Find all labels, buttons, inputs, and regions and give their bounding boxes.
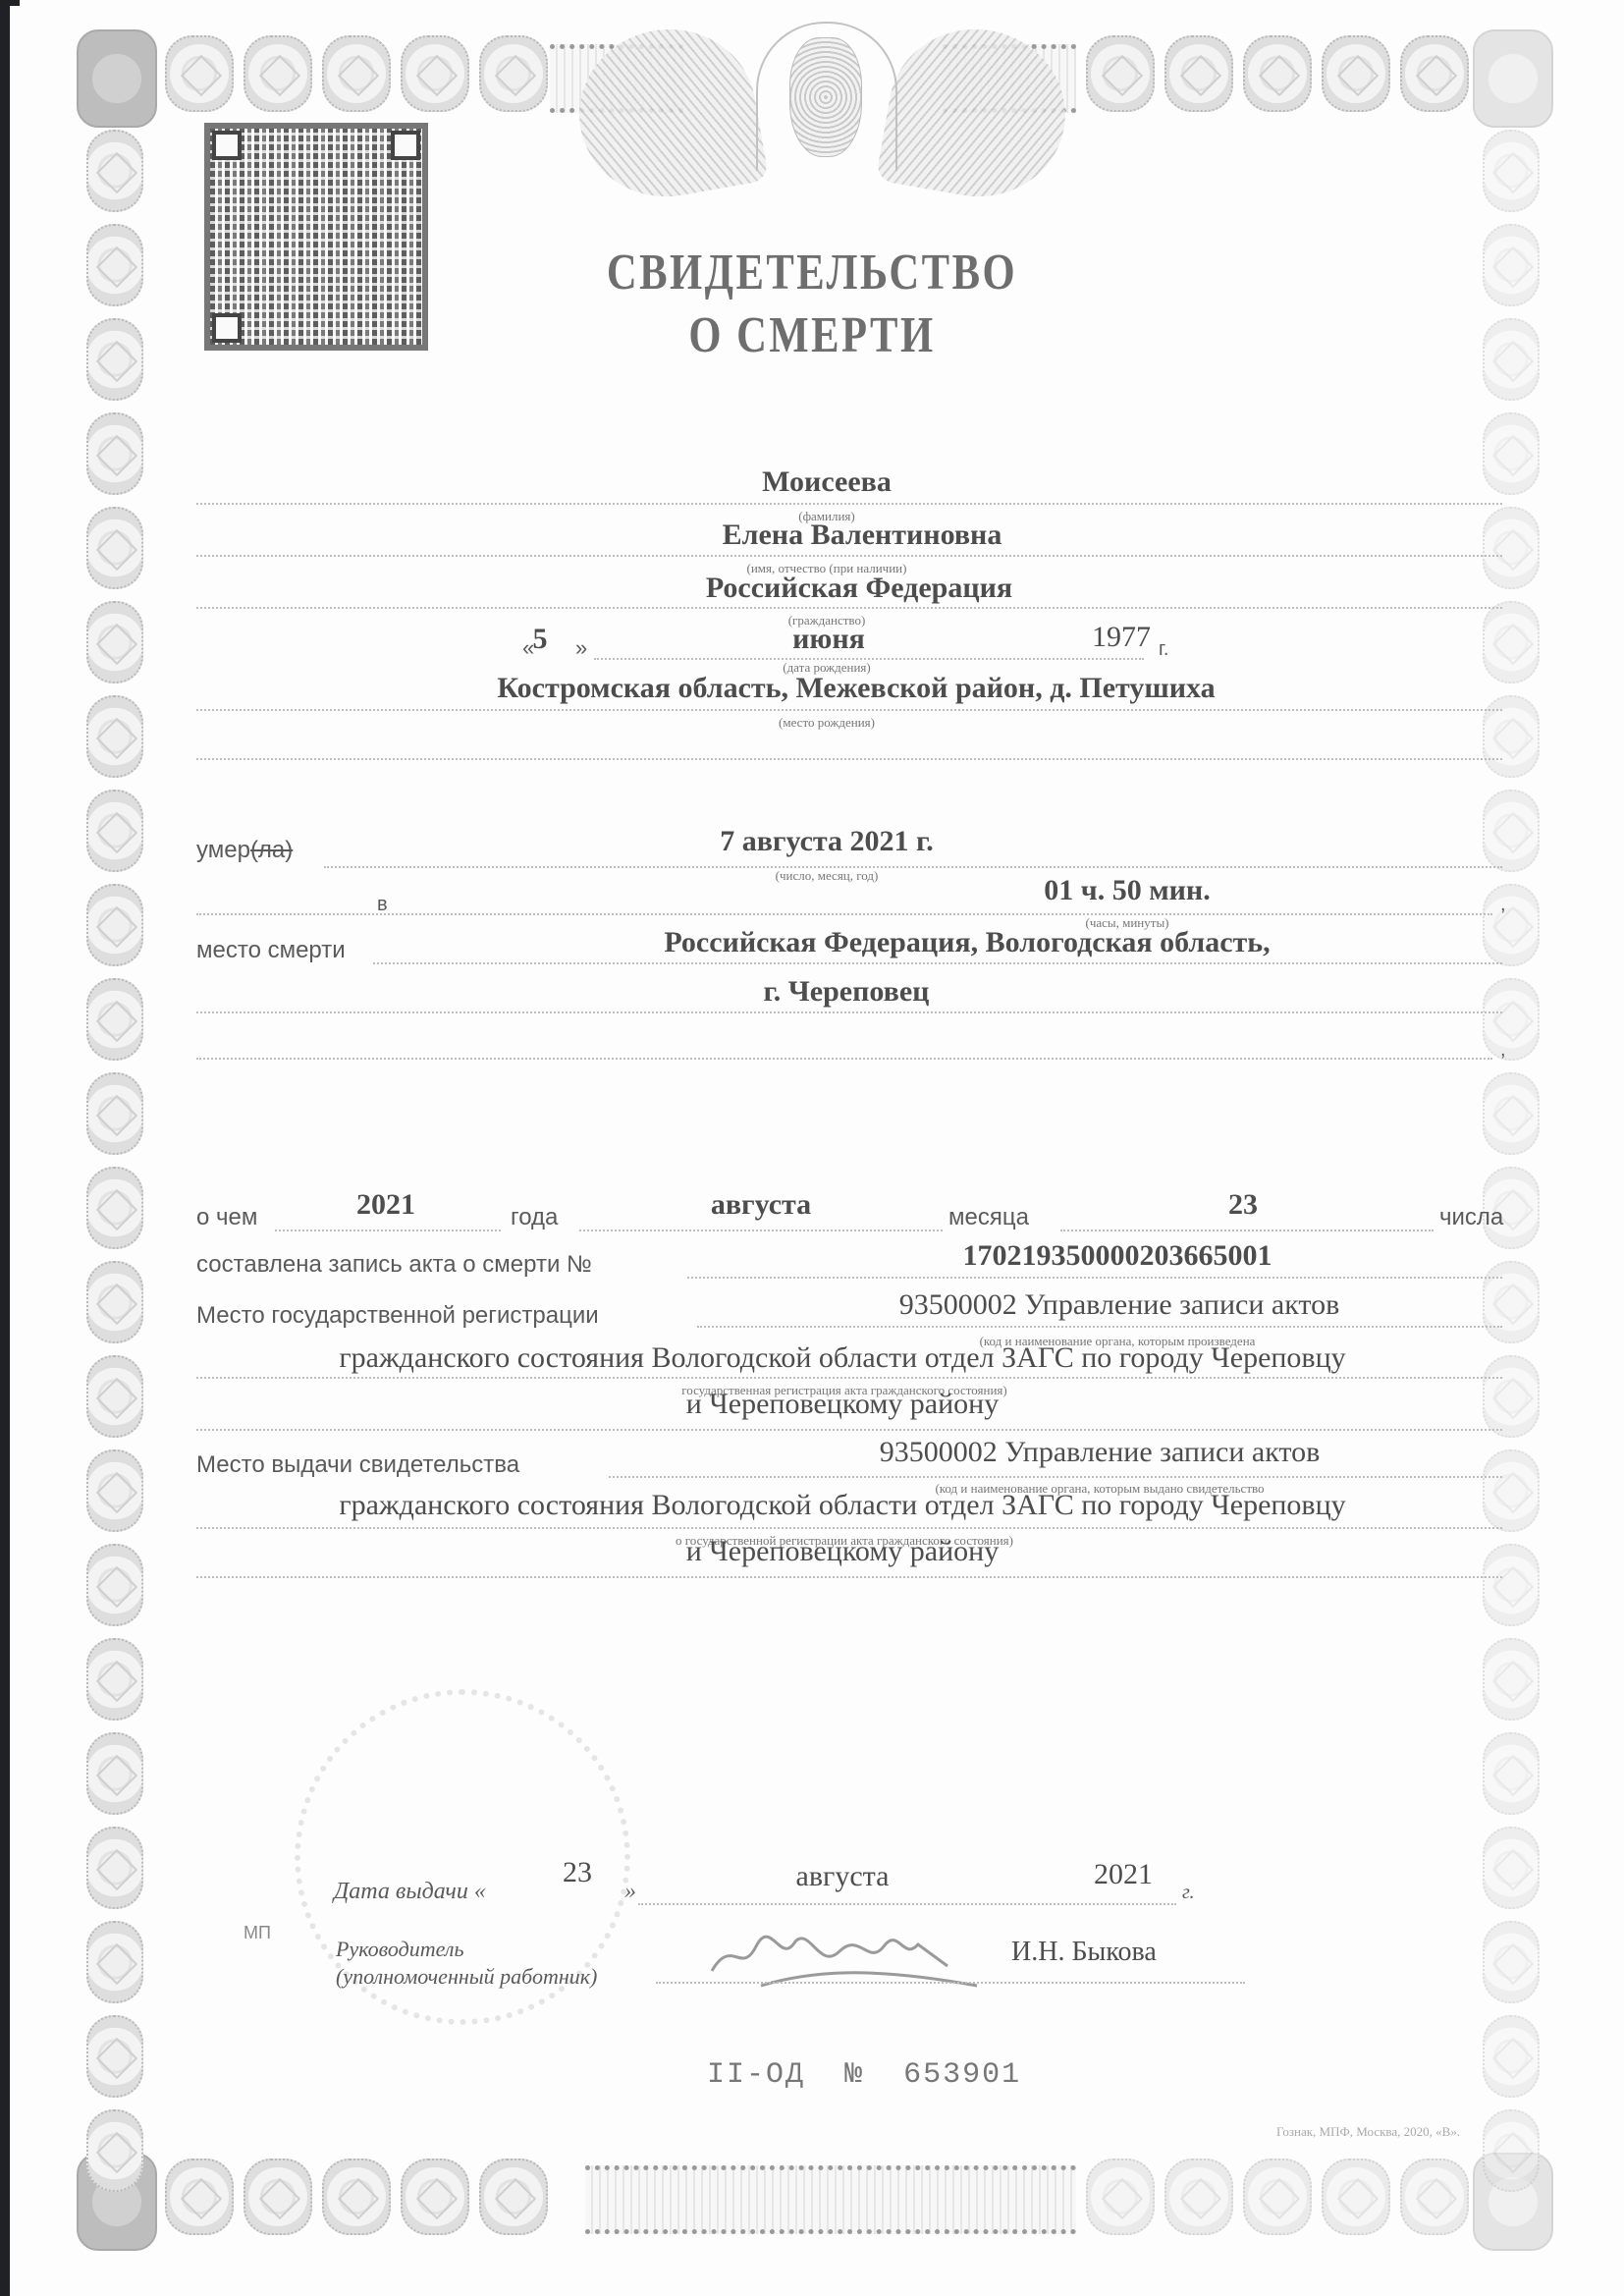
dotted-line bbox=[196, 1377, 1502, 1379]
issue-date-label: Дата выдачи « bbox=[334, 1879, 486, 1905]
issue-place-label: Место выдачи свидетельства bbox=[196, 1451, 519, 1479]
serial-number: II-ОД № 653901 bbox=[707, 2058, 1021, 2092]
dotted-line bbox=[579, 1230, 943, 1231]
birth-place-caption: (место рождения) bbox=[779, 715, 875, 731]
registration-place-line3: и Череповецкому району bbox=[686, 1388, 1000, 1421]
dotted-line bbox=[196, 1058, 1492, 1060]
bottom-border-right bbox=[1086, 2160, 1469, 2233]
trailing-comma: , bbox=[1500, 1039, 1506, 1062]
dotted-line bbox=[196, 758, 1502, 760]
coat-of-arms-icon bbox=[789, 37, 862, 157]
issue-place-line3: и Череповецкому району bbox=[686, 1535, 1000, 1568]
dotted-line bbox=[196, 1011, 1502, 1013]
signer-name: И.Н. Быкова bbox=[1011, 1937, 1157, 1968]
about-label: о чем bbox=[196, 1204, 257, 1231]
issue-month: августа bbox=[796, 1860, 890, 1893]
dotted-line bbox=[196, 1527, 1502, 1529]
birth-month: июня bbox=[792, 623, 865, 656]
document-title-line2: О СМЕРТИ bbox=[146, 306, 1478, 364]
issue-place-line1: 93500002 Управление записи актов bbox=[880, 1436, 1321, 1469]
dotted-line bbox=[687, 1277, 1502, 1279]
right-border bbox=[1485, 130, 1538, 2192]
top-border-right bbox=[1086, 37, 1469, 110]
dotted-line bbox=[324, 866, 1502, 868]
dotted-line bbox=[196, 555, 1502, 557]
dotted-line bbox=[196, 503, 1502, 505]
day-label: числа bbox=[1439, 1204, 1503, 1231]
dotted-line bbox=[697, 1326, 1502, 1328]
death-date-caption: (число, месяц, год) bbox=[776, 868, 879, 884]
died-label-struck: (ла) bbox=[250, 837, 293, 863]
dotted-line bbox=[196, 1429, 1502, 1431]
birth-place: Костромская область, Межевской район, д.… bbox=[497, 672, 1215, 705]
scan-edge-top bbox=[0, 0, 20, 6]
head-label-line1: Руководитель bbox=[336, 1937, 463, 1962]
surname: Моисеева bbox=[762, 465, 892, 499]
birth-day: 5 bbox=[533, 623, 548, 656]
dotted-line bbox=[1060, 1230, 1434, 1231]
signature bbox=[702, 1917, 987, 2005]
document-title-line1: СВИДЕТЕЛЬСТВО bbox=[146, 244, 1478, 301]
dotted-line bbox=[638, 1903, 1176, 1905]
issue-place-line2: гражданского состояния Вологодской облас… bbox=[339, 1489, 1345, 1522]
dotted-line bbox=[275, 1230, 501, 1231]
death-place-line1: Российская Федерация, Вологодская област… bbox=[664, 926, 1270, 959]
death-time: 01 ч. 50 мин. bbox=[1044, 874, 1210, 907]
dotted-line bbox=[196, 913, 1492, 915]
time-comma: , bbox=[1500, 894, 1506, 916]
bottom-border-left bbox=[165, 2160, 548, 2233]
record-year: 2021 bbox=[356, 1188, 415, 1222]
dotted-line bbox=[196, 607, 1502, 609]
registration-place-line2: гражданского состояния Вологодской облас… bbox=[339, 1341, 1345, 1375]
record-day: 23 bbox=[1228, 1188, 1258, 1222]
issue-year-suffix: г. bbox=[1182, 1882, 1195, 1904]
printer-imprint: Гознак, МПФ, Москва, 2020, «В». bbox=[1276, 2124, 1460, 2140]
registration-place-label: Место государственной регистрации bbox=[196, 1302, 599, 1330]
dotted-line bbox=[196, 1576, 1502, 1578]
bottom-ribbon bbox=[585, 2165, 1076, 2234]
record-month: августа bbox=[711, 1188, 811, 1222]
birth-year-suffix: г. bbox=[1159, 638, 1168, 661]
top-border-left bbox=[165, 37, 548, 110]
birth-year: 1977 bbox=[1092, 621, 1151, 654]
died-label: умер(ла) bbox=[196, 837, 293, 864]
given-names: Елена Валентиновна bbox=[723, 519, 1002, 552]
year-label: года bbox=[511, 1204, 558, 1231]
issue-year: 2021 bbox=[1094, 1858, 1153, 1891]
issue-day: 23 bbox=[563, 1856, 592, 1889]
dotted-line bbox=[656, 1982, 1245, 1984]
corner-ornament-top-left bbox=[77, 29, 157, 128]
issue-close-quote: » bbox=[624, 1879, 636, 1905]
record-number: 170219350000203665001 bbox=[963, 1239, 1272, 1273]
death-place-label: место смерти bbox=[196, 937, 346, 964]
birth-close-quote: » bbox=[575, 635, 587, 661]
dotted-line bbox=[196, 709, 1502, 711]
death-place-line2: г. Череповец bbox=[764, 975, 930, 1009]
record-number-label: составлена запись акта о смерти № bbox=[196, 1251, 592, 1279]
dotted-line bbox=[609, 1476, 1502, 1478]
scan-edge bbox=[0, 0, 10, 2296]
month-label: месяца bbox=[948, 1204, 1029, 1231]
registration-place-line1: 93500002 Управление записи актов bbox=[899, 1288, 1340, 1322]
stamp-label: МП bbox=[244, 1923, 271, 1943]
dotted-line bbox=[373, 962, 1502, 964]
death-date: 7 августа 2021 г. bbox=[720, 825, 934, 858]
citizenship: Российская Федерация bbox=[706, 572, 1012, 605]
head-label-line2: (уполномоченный работник) bbox=[336, 1964, 597, 1990]
corner-ornament-top-right bbox=[1473, 29, 1553, 128]
left-border bbox=[88, 130, 141, 2192]
